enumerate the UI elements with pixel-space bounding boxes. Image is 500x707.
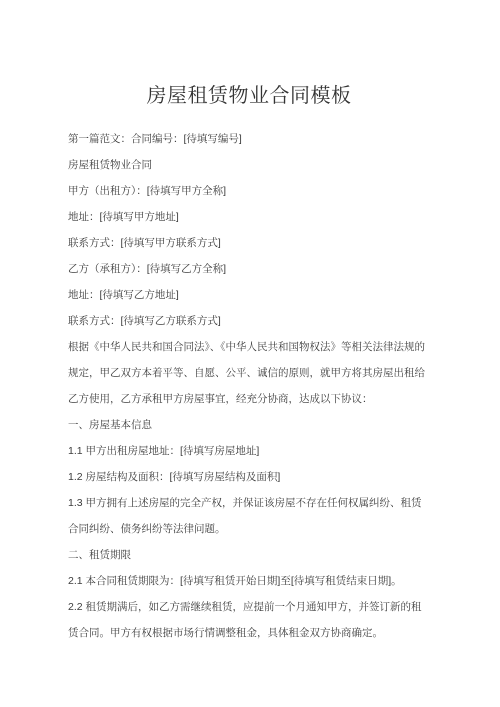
doc-clause-2-2-line-2: 赁合同。甲方有权根据市场行情调整租金，具体租金双方协商确定。 <box>68 620 430 646</box>
doc-clause-2-1: 2.1 本合同租赁期限为：[待填写租赁开始日期]至[待填写租赁结束日期]。 <box>68 568 430 594</box>
doc-line-party-b-contact: 联系方式：[待填写乙方联系方式] <box>68 308 430 334</box>
doc-clause-1-3-line-1: 1.3 甲方拥有上述房屋的完全产权，并保证该房屋不存在任何权属纠纷、租赁 <box>68 490 430 516</box>
doc-line-preamble-1: 根据《中华人民共和国合同法》、《中华人民共和国物权法》等相关法律法规的 <box>68 334 430 360</box>
doc-line-party-a-contact: 联系方式：[待填写甲方联系方式] <box>68 230 430 256</box>
document-title: 房屋租赁物业合同模板 <box>68 82 430 110</box>
doc-clause-1-3-line-2: 合同纠纷、债务纠纷等法律问题。 <box>68 516 430 542</box>
doc-line-party-b: 乙方（承租方）：[待填写乙方全称] <box>68 256 430 282</box>
doc-clause-1-1: 1.1 甲方出租房屋地址：[待填写房屋地址] <box>68 438 430 464</box>
document-page: 房屋租赁物业合同模板 第一篇范文：合同编号：[待填写编号] 房屋租赁物业合同 甲… <box>0 0 500 707</box>
doc-line-contract-number: 第一篇范文：合同编号：[待填写编号] <box>68 126 430 152</box>
doc-line-party-a-address: 地址：[待填写甲方地址] <box>68 204 430 230</box>
doc-section-2-heading: 二、租赁期限 <box>68 542 430 568</box>
doc-line-preamble-3: 乙方使用，乙方承租甲方房屋事宜，经充分协商，达成以下协议： <box>68 386 430 412</box>
doc-clause-1-2: 1.2 房屋结构及面积：[待填写房屋结构及面积] <box>68 464 430 490</box>
doc-line-subtitle: 房屋租赁物业合同 <box>68 152 430 178</box>
doc-section-1-heading: 一、房屋基本信息 <box>68 412 430 438</box>
document-body: 第一篇范文：合同编号：[待填写编号] 房屋租赁物业合同 甲方（出租方）：[待填写… <box>68 126 430 646</box>
doc-line-party-b-address: 地址：[待填写乙方地址] <box>68 282 430 308</box>
doc-line-preamble-2: 规定，甲乙双方本着平等、自愿、公平、诚信的原则，就甲方将其房屋出租给 <box>68 360 430 386</box>
doc-clause-2-2-line-1: 2.2 租赁期满后，如乙方需继续租赁，应提前一个月通知甲方，并签订新的租 <box>68 594 430 620</box>
doc-line-party-a: 甲方（出租方）：[待填写甲方全称] <box>68 178 430 204</box>
